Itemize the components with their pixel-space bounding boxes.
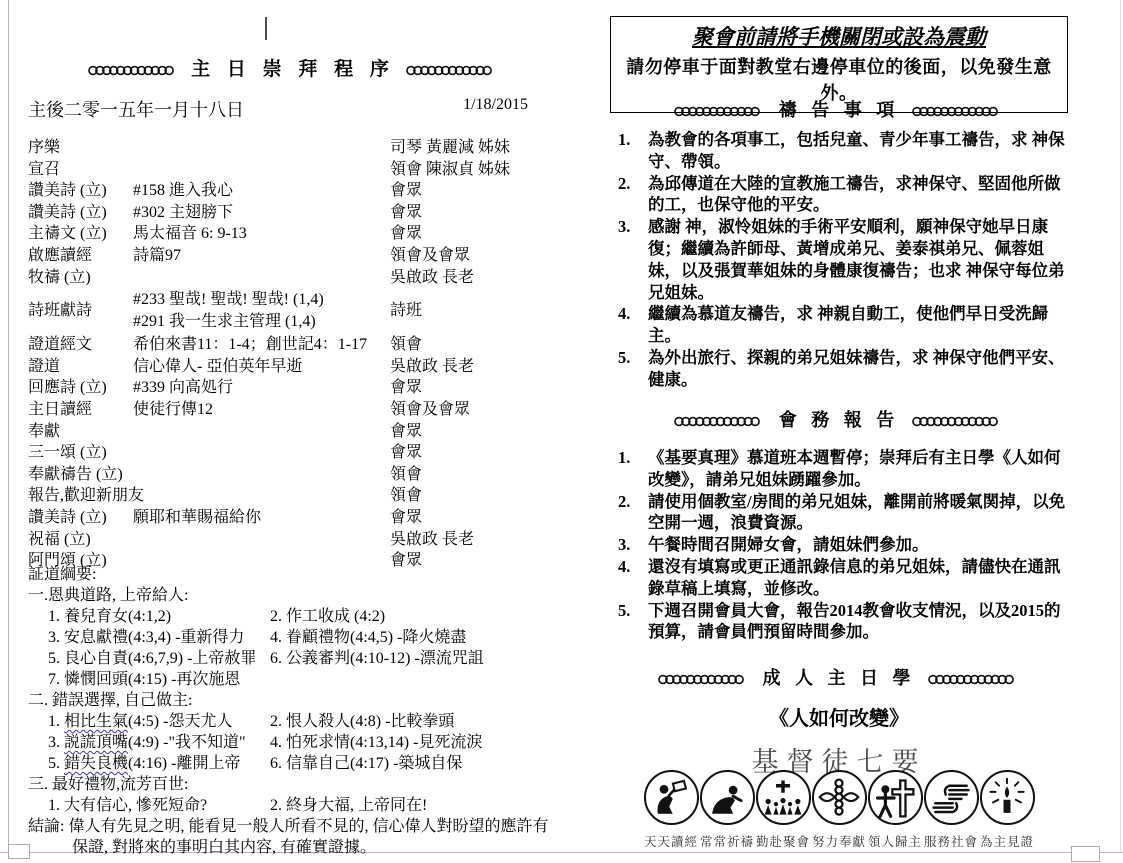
program-item-person: 會眾 xyxy=(390,442,558,464)
outline-cell: 6. 公義審判(4:10-12) -漂流咒詛 xyxy=(270,648,558,669)
scroll-chain-ornament-icon xyxy=(406,65,498,76)
outline-text: (4:9) -"我不知道" xyxy=(128,734,246,751)
prayer-item: 5.為外出旅行、探親的弟兄姐妹禱告，求 神保守他們平安、健康。 xyxy=(618,347,1068,391)
list-item-number: 1. xyxy=(618,129,648,173)
prayer-item: 2.為邱傳道在大陸的宣教施工禱告，求神保守、堅固他所做的工，也保守他的平安。 xyxy=(618,173,1068,217)
program-item-name: 序樂 xyxy=(28,137,133,159)
service-order-title-text: 主 日 崇 拜 程 序 xyxy=(191,59,395,80)
outline-cell: 5. 錯失良機(4:16) -離開上帝 xyxy=(28,753,270,774)
list-item-text: 為外出旅行、探親的弟兄姐妹禱告，求 神保守他們平安、健康。 xyxy=(648,347,1068,391)
scroll-chain-ornament-icon xyxy=(658,674,750,685)
list-item-text: 《基要真理》慕道班本週暫停；崇拜后有主日學《人如何改變》，請弟兄姐妹踴躍參加。 xyxy=(648,447,1068,491)
program-item-content: #158 進入我心 xyxy=(133,180,390,202)
affairs-section-title: 會 務 報 告 xyxy=(779,410,900,430)
program-row: 主禱文 (立)馬太福音 6: 9-13會眾 xyxy=(28,223,558,245)
list-item-number: 2. xyxy=(618,173,648,217)
program-item-person: 詩班 xyxy=(390,300,558,322)
program-item-person: 會眾 xyxy=(390,421,558,443)
scroll-chain-ornament-icon xyxy=(88,65,180,76)
fish-coins-offering-icon xyxy=(812,770,867,825)
prayer-section-title: 禱 告 事 項 xyxy=(779,100,900,120)
program-row: 詩班獻詩#233 聖哉! 聖哉! 聖哉! (1,4)#291 我一生求主管理 (… xyxy=(28,288,558,334)
program-item-content: #339 向高処行 xyxy=(133,377,390,399)
outline-underlined-text: 説謊頂嘴 xyxy=(64,734,128,751)
program-row: 證道信心偉人- 亞伯英年早逝吳啟政 長老 xyxy=(28,356,558,378)
seven-essentials-icons-row: 天天讀經常常祈禱勤赴聚會努力奉獻領人歸主服務社會為主見證 xyxy=(610,770,1068,850)
outline-text: 5. xyxy=(48,755,64,772)
program-item-content: 願耶和華賜福給你 xyxy=(133,507,390,529)
program-item-content xyxy=(133,267,390,289)
program-row: 宣召領會 陳淑貞 姊妹 xyxy=(28,159,558,181)
program-content-line: #233 聖哉! 聖哉! 聖哉! (1,4) xyxy=(133,289,390,311)
phone-notice-line: 聚會前請將手機關閉或設為震動 xyxy=(611,21,1067,51)
outline-heading: 三. 最好禮物,流芳百世: xyxy=(28,774,558,795)
seven-essential-label: 勤赴聚會 xyxy=(756,832,811,850)
program-item-name: 主日讀經 xyxy=(28,399,133,421)
program-item-content: #233 聖哉! 聖哉! 聖哉! (1,4)#291 我一生求主管理 (1,4) xyxy=(133,289,390,333)
program-row: 證道經文希伯來書11：1-4；創世記4：1-17領會 xyxy=(28,334,558,356)
seven-essential-label: 常常祈禱 xyxy=(700,832,755,850)
outline-conclusion-indent: 保證, 對將來的事明白其内容, 有確實證據。 xyxy=(28,837,558,858)
program-item-content xyxy=(133,137,390,159)
list-item-number: 3. xyxy=(618,534,648,556)
outline-cell: 1. 大有信心, 慘死短命? xyxy=(28,795,270,816)
program-item-name: 三一頌 (立) xyxy=(28,442,133,464)
program-item-person: 領會 xyxy=(390,485,558,507)
program-content-line: #291 我一生求主管理 (1,4) xyxy=(133,311,390,333)
program-row: 讚美詩 (立)#158 進入我心會眾 xyxy=(28,180,558,202)
list-item-text: 還沒有填寫或更正通訊錄信息的弟兄姐妹，請儘快在通訊錄草稿上填寫，並修改。 xyxy=(648,556,1068,600)
list-item-text: 為邱傳道在大陸的宣教施工禱告，求神保守、堅固他所做的工，也保守他的平安。 xyxy=(648,173,1068,217)
program-item-name: 詩班獻詩 xyxy=(28,300,133,322)
outline-underlined-text: 錯失良機 xyxy=(64,755,128,772)
outline-pair-row: 5. 良心自責(4:6,7,9) -上帝赦罪6. 公義審判(4:10-12) -… xyxy=(28,648,558,669)
outline-cell: 5. 良心自責(4:6,7,9) -上帝赦罪 xyxy=(28,648,270,669)
outline-cell: 1. 養兒育女(4:1,2) xyxy=(28,606,270,627)
program-item-person: 吳啟政 長老 xyxy=(390,356,558,378)
affairs-item: 3.午餐時間召開婦女會，請姐妹們參加。 xyxy=(618,534,1068,556)
list-item-text: 請使用個教室/房間的弟兄姐妹，離開前將暖氣関掉，以免空開一週，浪費資源。 xyxy=(648,491,1068,535)
program-item-content: 信心偉人- 亞伯英年早逝 xyxy=(133,356,390,378)
outline-cell: 2. 作工收成 (4:2) xyxy=(270,606,558,627)
right-page-announcements: 聚會前請將手機關閉或設為震動 請勿停車于面對教堂右邊停車位的後面，以免發生意外。… xyxy=(610,0,1068,863)
date-row: 主後二零一五年一月十八日 1/18/2015 xyxy=(28,96,528,122)
outline-pair-row: 5. 錯失良機(4:16) -離開上帝6. 信靠自己(4:17) -築城自保 xyxy=(28,753,558,774)
candle-witness-icon xyxy=(980,770,1035,825)
program-item-name: 讚美詩 (立) xyxy=(28,507,133,529)
program-item-name: 報告,歡迎新朋友 xyxy=(28,485,133,507)
date-western: 1/18/2015 xyxy=(463,96,528,122)
list-item-text: 下週召開會員大會，報告2014教會收支情況，以及2015的預算，請會員們預留時間… xyxy=(648,600,1068,644)
list-item-text: 繼續為慕道友禱告，求 神親自動工，使他們早日受洗歸主。 xyxy=(648,303,1068,347)
seven-essential-label: 努力奉獻 xyxy=(812,832,867,850)
prayer-item: 1.為教會的各項事工，包括兒童、青少年事工禱告，求 神保守、帶領。 xyxy=(618,129,1068,173)
church-bulletin-document: 主 日 崇 拜 程 序 主後二零一五年一月十八日 1/18/2015 序樂司琴 … xyxy=(0,0,1123,863)
corner-crop-box-left xyxy=(8,844,30,859)
cross-congregation-icon xyxy=(756,770,811,825)
program-item-person: 領會 xyxy=(390,334,558,356)
scroll-chain-ornament-icon xyxy=(912,106,1004,117)
seven-essential-item: 努力奉獻 xyxy=(812,770,867,850)
outline-heading: 二. 錯誤選擇, 自己做主: xyxy=(28,690,558,711)
affairs-item: 4.還沒有填寫或更正通訊錄信息的弟兄姐妹，請儘快在通訊錄草稿上填寫，並修改。 xyxy=(618,556,1068,600)
seven-essential-label: 服務社會 xyxy=(924,832,979,850)
program-item-person: 領會 xyxy=(390,464,558,486)
seven-essential-label: 天天讀經 xyxy=(644,832,699,850)
program-item-content xyxy=(133,485,390,507)
program-item-name: 主禱文 (立) xyxy=(28,223,133,245)
affairs-item: 2.請使用個教室/房間的弟兄姐妹，離開前將暖氣関掉，以免空開一週，浪費資源。 xyxy=(618,491,1068,535)
program-row: 讚美詩 (立)願耶和華賜福給你會眾 xyxy=(28,507,558,529)
outline-cell: 7. 憐憫回頭(4:15) -再次施恩 xyxy=(28,669,270,690)
outline-heading: 証道綱要: xyxy=(28,564,558,585)
program-item-person: 領會及會眾 xyxy=(390,399,558,421)
program-item-content xyxy=(133,421,390,443)
outline-text: (4:16) -離開上帝 xyxy=(128,755,240,772)
list-item-number: 4. xyxy=(618,556,648,600)
scroll-chain-ornament-icon xyxy=(928,674,1020,685)
outline-pair-row: 7. 憐憫回頭(4:15) -再次施恩 xyxy=(28,669,558,690)
list-item-number: 5. xyxy=(618,347,648,391)
outline-cell: 3. 説謊頂嘴(4:9) -"我不知道" xyxy=(28,732,270,753)
program-item-content xyxy=(133,464,390,486)
service-program-list: 序樂司琴 黃麗減 姊妹宣召領會 陳淑貞 姊妹讚美詩 (立)#158 進入我心會眾… xyxy=(28,137,558,572)
seven-essential-item: 服務社會 xyxy=(924,770,979,850)
program-item-person: 會眾 xyxy=(390,202,558,224)
program-item-content xyxy=(133,159,390,181)
program-row: 讚美詩 (立)#302 主翅膀下會眾 xyxy=(28,202,558,224)
program-item-person: 領會 陳淑貞 姊妹 xyxy=(390,159,558,181)
list-item-number: 5. xyxy=(618,600,648,644)
sunday-school-title: 成 人 主 日 學 xyxy=(763,668,916,688)
program-item-content: 希伯來書11：1-4；創世記4：1-17 xyxy=(133,334,390,356)
seven-essential-item: 勤赴聚會 xyxy=(756,770,811,850)
program-item-name: 證道經文 xyxy=(28,334,133,356)
program-row: 序樂司琴 黃麗減 姊妹 xyxy=(28,137,558,159)
prayer-section-header: 禱 告 事 項 xyxy=(610,96,1068,122)
program-item-name: 奉獻 xyxy=(28,421,133,443)
prayer-item: 3.感謝 神，淑怜姐妹的手術平安順利，願神保守她早日康復；繼續為許師母、黃增成弟… xyxy=(618,216,1068,303)
program-item-name: 祝福 (立) xyxy=(28,529,133,551)
program-item-content: 馬太福音 6: 9-13 xyxy=(133,223,390,245)
person-to-cross-icon xyxy=(868,770,923,825)
seven-essential-item: 為主見證 xyxy=(980,770,1035,850)
scroll-chain-ornament-icon xyxy=(674,106,766,117)
program-item-person: 領會及會眾 xyxy=(390,245,558,267)
program-item-name: 回應詩 (立) xyxy=(28,377,133,399)
program-item-content xyxy=(133,442,390,464)
list-item-text: 午餐時間召開婦女會，請姐妹們參加。 xyxy=(648,534,1068,556)
outline-cell xyxy=(270,669,558,690)
outline-underlined-text: 相比生氣 xyxy=(64,713,128,730)
outline-cell: 4. 眷顧禮物(4:4,5) -降火燒盡 xyxy=(270,627,558,648)
program-row: 牧禱 (立)吳啟政 長老 xyxy=(28,267,558,289)
sermon-outline: 証道綱要:一.恩典道路, 上帝給人:1. 養兒育女(4:1,2)2. 作工收成 … xyxy=(28,564,558,858)
program-item-name: 讚美詩 (立) xyxy=(28,180,133,202)
outline-cell: 2. 終身大福, 上帝同在! xyxy=(270,795,558,816)
outline-pair-row: 3. 安息獻禮(4:3,4) -重新得力4. 眷顧禮物(4:4,5) -降火燒盡 xyxy=(28,627,558,648)
program-item-name: 宣召 xyxy=(28,159,133,181)
program-item-content: 詩篇97 xyxy=(133,245,390,267)
kneeling-prayer-icon xyxy=(700,770,755,825)
program-row: 報告,歡迎新朋友領會 xyxy=(28,485,558,507)
list-item-text: 為教會的各項事工，包括兒童、青少年事工禱告，求 神保守、帶領。 xyxy=(648,129,1068,173)
program-row: 奉獻會眾 xyxy=(28,421,558,443)
seven-essential-item: 領人歸主 xyxy=(868,770,923,850)
affairs-section-header: 會 務 報 告 xyxy=(610,406,1068,432)
prayer-items-list: 1.為教會的各項事工，包括兒童、青少年事工禱告，求 神保守、帶領。2.為邱傳道在… xyxy=(618,129,1068,391)
seven-essential-label: 為主見證 xyxy=(980,832,1035,850)
date-chinese: 主後二零一五年一月十八日 xyxy=(28,96,244,122)
corner-crop-box-right xyxy=(1071,846,1100,862)
program-row: 奉獻禱告 (立)領會 xyxy=(28,464,558,486)
list-item-number: 1. xyxy=(618,447,648,491)
program-row: 啟應讀經詩篇97領會及會眾 xyxy=(28,245,558,267)
outline-text: (4:5) -怨天尤人 xyxy=(128,713,232,730)
program-item-person: 吳啟政 長老 xyxy=(390,529,558,551)
prayer-item: 4.繼續為慕道友禱告，求 神親自動工，使他們早日受洗歸主。 xyxy=(618,303,1068,347)
sunday-school-section-header: 成 人 主 日 學 xyxy=(610,664,1068,690)
affairs-items-list: 1.《基要真理》慕道班本週暫停；崇拜后有主日學《人如何改變》，請弟兄姐妹踴躍參加… xyxy=(618,447,1068,643)
program-item-content: 使徒行傳12 xyxy=(133,399,390,421)
program-item-content xyxy=(133,529,390,551)
list-item-number: 2. xyxy=(618,491,648,535)
outline-cell: 4. 怕死求情(4:13,14) -見死流淚 xyxy=(270,732,558,753)
program-item-person: 會眾 xyxy=(390,223,558,245)
affairs-item: 5.下週召開會員大會，報告2014教會收支情況，以及2015的預算，請會員們預留… xyxy=(618,600,1068,644)
affairs-item: 1.《基要真理》慕道班本週暫停；崇拜后有主日學《人如何改變》，請弟兄姐妹踴躍參加… xyxy=(618,447,1068,491)
program-row: 祝福 (立)吳啟政 長老 xyxy=(28,529,558,551)
program-item-name: 讚美詩 (立) xyxy=(28,202,133,224)
program-item-name: 牧禱 (立) xyxy=(28,267,133,289)
outline-text: 1. xyxy=(48,713,64,730)
list-item-number: 4. xyxy=(618,303,648,347)
outline-pair-row: 3. 説謊頂嘴(4:9) -"我不知道"4. 怕死求情(4:13,14) -見死… xyxy=(28,732,558,753)
left-page-service-order: 主 日 崇 拜 程 序 主後二零一五年一月十八日 1/18/2015 序樂司琴 … xyxy=(28,0,558,863)
list-item-number: 3. xyxy=(618,216,648,303)
program-item-person: 司琴 黃麗減 姊妹 xyxy=(390,137,558,159)
service-order-title: 主 日 崇 拜 程 序 xyxy=(28,54,558,81)
kneeling-reader-icon xyxy=(644,770,699,825)
outline-cell: 3. 安息獻禮(4:3,4) -重新得力 xyxy=(28,627,270,648)
outline-cell: 6. 信靠自己(4:17) -築城自保 xyxy=(270,753,558,774)
seven-essential-label: 領人歸主 xyxy=(868,832,923,850)
list-item-text: 感謝 神，淑怜姐妹的手術平安順利，願神保守她早日康復；繼續為許師母、黃增成弟兄、… xyxy=(648,216,1068,303)
scroll-chain-ornament-icon xyxy=(674,416,766,427)
outline-cell: 1. 相比生氣(4:5) -怨天尤人 xyxy=(28,711,270,732)
scroll-chain-ornament-icon xyxy=(912,416,1004,427)
program-item-name: 奉獻禱告 (立) xyxy=(28,464,133,486)
sunday-school-book-title: 《人如何改變》 xyxy=(610,702,1068,731)
outline-cell: 2. 恨人殺人(4:8) -比較拳頭 xyxy=(270,711,558,732)
page-edge-left xyxy=(8,0,9,853)
program-row: 回應詩 (立)#339 向高処行會眾 xyxy=(28,377,558,399)
outline-pair-row: 1. 大有信心, 慘死短命?2. 終身大福, 上帝同在! xyxy=(28,795,558,816)
program-item-person: 會眾 xyxy=(390,377,558,399)
program-item-name: 啟應讀經 xyxy=(28,245,133,267)
seven-essential-item: 天天讀經 xyxy=(644,770,699,850)
program-item-person: 會眾 xyxy=(390,180,558,202)
outline-text: 3. xyxy=(48,734,64,751)
program-item-person: 吳啟政 長老 xyxy=(390,267,558,289)
outline-heading: 一.恩典道路, 上帝給人: xyxy=(28,585,558,606)
program-item-content: #302 主翅膀下 xyxy=(133,202,390,224)
seven-essential-item: 常常祈禱 xyxy=(700,770,755,850)
program-item-name: 證道 xyxy=(28,356,133,378)
program-row: 主日讀經使徒行傳12領會及會眾 xyxy=(28,399,558,421)
outline-pair-row: 1. 養兒育女(4:1,2)2. 作工收成 (4:2) xyxy=(28,606,558,627)
page-edge-right xyxy=(1120,0,1121,853)
program-row: 三一頌 (立)會眾 xyxy=(28,442,558,464)
program-item-person: 會眾 xyxy=(390,507,558,529)
outline-pair-row: 1. 相比生氣(4:5) -怨天尤人2. 恨人殺人(4:8) -比較拳頭 xyxy=(28,711,558,732)
serving-hands-icon xyxy=(924,770,979,825)
outline-conclusion: 結論: 偉人有先見之明, 能看見一般人所看不見的, 信心偉人對盼望的應許有 xyxy=(28,816,558,837)
